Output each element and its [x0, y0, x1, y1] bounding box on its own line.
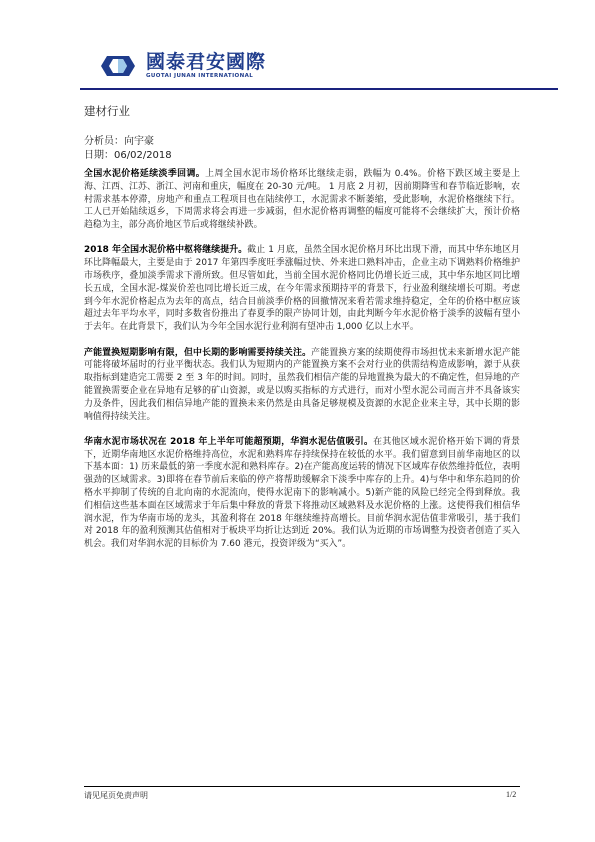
company-header: 國泰君安國際 GUOTAI JUNAN INTERNATIONAL	[100, 52, 266, 79]
company-logo-text: 國泰君安國際 GUOTAI JUNAN INTERNATIONAL	[146, 52, 266, 79]
date-line: 日期：06/02/2018	[84, 149, 172, 163]
paragraph-text: 在其他区域水泥价格开始下调的背景下，近期华南地区水泥价格维持高位，水泥和熟料库存…	[84, 437, 520, 549]
header-divider	[80, 88, 558, 90]
footer-divider	[84, 786, 520, 787]
analyst-label: 分析员：	[84, 136, 124, 147]
paragraph-heading: 2018 年全国水泥价格中枢将继续提升。	[84, 245, 247, 255]
date-label: 日期：	[84, 150, 114, 161]
disclaimer-note: 请见尾页免责声明	[84, 790, 148, 801]
paragraph-price-correction: 全国水泥价格延续淡季回调。上周全国水泥市场价格环比继续走弱，跌幅为 0.4%。价…	[84, 168, 520, 232]
paragraph-heading: 全国水泥价格延续淡季回调。	[84, 169, 205, 179]
sector-title: 建材行业	[84, 103, 130, 119]
paragraph-heading: 华南水泥市场状况在 2018 年上半年可能超预期，华润水泥估值吸引。	[84, 437, 373, 447]
company-name-cn: 國泰君安國際	[146, 52, 266, 72]
paragraph-south-china-cr-cement: 华南水泥市场状况在 2018 年上半年可能超预期，华润水泥估值吸引。在其他区域水…	[84, 436, 520, 551]
report-meta: 分析员：向宇豪 日期：06/02/2018	[84, 135, 172, 163]
company-logo-icon	[100, 55, 136, 77]
paragraph-text: 产能置换方案的续期使得市场担忧未来新增水泥产能可能将破坏届时的行业平衡状态。我们…	[84, 348, 520, 422]
company-name-en: GUOTAI JUNAN INTERNATIONAL	[146, 73, 266, 79]
report-date: 06/02/2018	[114, 150, 172, 161]
paragraph-price-outlook-2018: 2018 年全国水泥价格中枢将继续提升。截止 1 月底，虽然全国水泥价格月环比出…	[84, 244, 520, 334]
analyst-line: 分析员：向宇豪	[84, 135, 172, 149]
paragraph-text: 截止 1 月底，虽然全国水泥价格月环比出现下滑，而其中华东地区月环比降幅最大，主…	[84, 245, 520, 332]
report-body: 全国水泥价格延续淡季回调。上周全国水泥市场价格环比继续走弱，跌幅为 0.4%。价…	[84, 168, 520, 564]
paragraph-heading: 产能置换短期影响有限，但中长期的影响需要持续关注。	[84, 348, 311, 358]
analyst-name: 向宇豪	[124, 136, 154, 147]
page-number: 1/2	[506, 790, 516, 799]
paragraph-capacity-replacement: 产能置换短期影响有限，但中长期的影响需要持续关注。产能置换方案的续期使得市场担忧…	[84, 347, 520, 424]
